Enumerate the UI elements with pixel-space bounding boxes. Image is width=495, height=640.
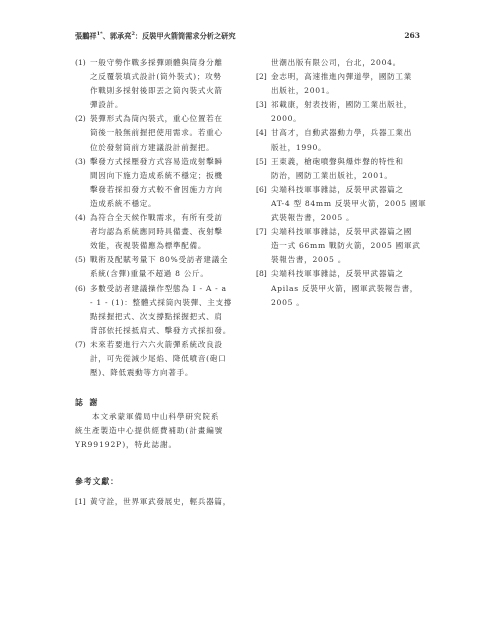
author-1: 張鵬祥 (75, 31, 97, 40)
text-line: 戰術及配賦考量下 80%受訪者建議全 (90, 253, 245, 267)
text-line: 壓)、降低震動等方向著手。 (90, 366, 245, 380)
reference-8: [8] 尖端科技軍事雜誌，反裝甲武器篇之 Apilas 反裝甲火箭，國軍武裝報告… (256, 267, 426, 309)
text-line: 尖端科技軍事雜誌，反裝甲武器篇之 (271, 183, 426, 197)
conclusion-item-7: (7) 未來若要進行六六火箭彈系統改良設 計，可先從減少尾焰、降低噴音(砲口 壓… (75, 338, 245, 380)
text-line: 防治，國防工業出版社，2001。 (271, 169, 426, 183)
text-line: 未來若要進行六六火箭彈系統改良設 (90, 338, 245, 352)
text-line: 計，可先從減少尾焰、降低噴音(砲口 (90, 352, 245, 366)
text-line: 造一式 66mm 戰防火箭，2005 國軍武 (271, 239, 426, 253)
text-line: 造成系統不穩定。 (90, 197, 245, 211)
text-line: 為符合全天候作戰需求，有所有受訪 (90, 211, 245, 225)
reference-number: [6] (256, 183, 267, 197)
text-line: 出版社，2001。 (271, 84, 426, 98)
text-line: 筒後一般無前握把使用需求。若重心 (90, 126, 245, 140)
reference-number: [2] (256, 70, 267, 84)
text-line: 裝報告書，2005 。 (271, 253, 426, 267)
text-line: 尖端科技軍事雜誌，反裝甲武器篇之國 (271, 225, 426, 239)
text-line: 王東義，槍砲噴聲與爆炸聲的特性和 (271, 155, 426, 169)
text-line: 背部依托採抵肩式、擊發方式採扣發。 (90, 324, 245, 338)
item-number: (4) (75, 211, 86, 225)
text-line: 版社，1990。 (271, 141, 426, 155)
text-line: - 1 - (1)：整體式採筒內裝彈、主支撐 (90, 296, 245, 310)
text-line: Apilas 反裝甲火箭，國軍武裝報告書， (271, 282, 426, 296)
running-title: 張鵬祥1*、郭承亮2：反裝甲火箭筒需求分析之研究 (75, 31, 236, 41)
reference-6: [6] 尖端科技軍事雜誌，反裝甲武器篇之 AT-4 型 84mm 反裝甲火箭，2… (256, 183, 426, 225)
item-number: (7) (75, 338, 86, 352)
item-number: (3) (75, 155, 86, 169)
reference-4: [4] 甘高才，自動武器動力學，兵器工業出 版社，1990。 (256, 126, 426, 154)
text-line: 黃守詮，世界軍武發展史，輕兵器篇， (90, 495, 245, 509)
reference-number: [3] (256, 98, 267, 112)
text-line: 作戰則多採射後即丟之筒內裝式火箭 (90, 84, 245, 98)
reference-number: [4] (256, 126, 267, 140)
text-line: 尖端科技軍事雜誌，反裝甲武器篇之 (271, 267, 426, 281)
conclusion-item-2: (2) 裝彈形式為筒內裝式，重心位置若在 筒後一般無前握把使用需求。若重心 位於… (75, 112, 245, 154)
text-line: 金志明，高速推進內彈道學，國防工業 (271, 70, 426, 84)
text-line: 2005 。 (271, 296, 426, 310)
reference-number: [1] (75, 495, 86, 509)
conclusion-item-3: (3) 擊發方式採壓發方式容易造成射擊瞬 間因向下施力造成系統不穩定；扳機 擊發… (75, 155, 245, 211)
author-2: 、郭承亮 (103, 31, 132, 40)
reference-5: [5] 王東義，槍砲噴聲與爆炸聲的特性和 防治，國防工業出版社，2001。 (256, 155, 426, 183)
left-column: (1) 一般守勢作戰多採彈頭體與筒身分離 之反覆裝填式設計(筒外裝式)；攻勢 作… (75, 56, 245, 509)
item-number: (1) (75, 56, 86, 70)
text-line: 世潮出版有限公司，台北，2004。 (271, 56, 426, 70)
text-line: 2000。 (271, 112, 426, 126)
text-line: 多數受訪者建議操作型態為 I - A - a (90, 282, 245, 296)
text-line: 統生產製造中心提供經費補助(計畫編號 (75, 424, 245, 438)
text-line: 者均認為系統應同時具備晝、夜射擊 (90, 225, 245, 239)
reference-7: [7] 尖端科技軍事雜誌，反裝甲武器篇之國 造一式 66mm 戰防火箭，2005… (256, 225, 426, 267)
text-line: YR99192P)，特此誌謝。 (75, 438, 245, 452)
reference-1-continuation: 世潮出版有限公司，台北，2004。 (256, 56, 426, 70)
text-line: 一般守勢作戰多採彈頭體與筒身分離 (90, 56, 245, 70)
text-line: 祁載康，射表技術，國防工業出版社， (271, 98, 426, 112)
text-line: 之反覆裝填式設計(筒外裝式)；攻勢 (90, 70, 245, 84)
conclusion-item-6: (6) 多數受訪者建議操作型態為 I - A - a - 1 - (1)：整體式… (75, 282, 245, 338)
text-line: 本文承蒙軍備局中山科學研究院系 (75, 410, 245, 424)
reference-number: [5] (256, 155, 267, 169)
item-number: (2) (75, 112, 86, 126)
text-line: 彈設計。 (90, 98, 245, 112)
text-line: 位於發射筒前方建議設計前握把。 (90, 141, 245, 155)
reference-2: [2] 金志明，高速推進內彈道學，國防工業 出版社，2001。 (256, 70, 426, 98)
page-header: 張鵬祥1*、郭承亮2：反裝甲火箭筒需求分析之研究 263 (75, 31, 420, 45)
acknowledgement-paragraph: 本文承蒙軍備局中山科學研究院系 統生產製造中心提供經費補助(計畫編號 YR991… (75, 410, 245, 452)
right-column: 世潮出版有限公司，台北，2004。 [2] 金志明，高速推進內彈道學，國防工業 … (256, 56, 426, 310)
text-line: 裝彈形式為筒內裝式，重心位置若在 (90, 112, 245, 126)
conclusion-item-5: (5) 戰術及配賦考量下 80%受訪者建議全 系統(含彈)重量不超過 8 公斤。 (75, 253, 245, 281)
conclusion-item-4: (4) 為符合全天候作戰需求，有所有受訪 者均認為系統應同時具備晝、夜射擊 效能… (75, 211, 245, 253)
text-line: AT-4 型 84mm 反裝甲火箭，2005 國軍 (271, 197, 426, 211)
conclusion-item-1: (1) 一般守勢作戰多採彈頭體與筒身分離 之反覆裝填式設計(筒外裝式)；攻勢 作… (75, 56, 245, 112)
text-line: 系統(含彈)重量不超過 8 公斤。 (90, 267, 245, 281)
references-heading: 參考文獻： (75, 475, 245, 489)
acknowledgement-heading: 誌 謝 (75, 396, 245, 410)
item-number: (5) (75, 253, 86, 267)
paper-title: ：反裝甲火箭筒需求分析之研究 (135, 31, 236, 40)
text-line: 效能，夜視裝備應為標準配備。 (90, 239, 245, 253)
text-line: 甘高才，自動武器動力學，兵器工業出 (271, 126, 426, 140)
text-line: 擊發若採扣發方式較不會因施力方向 (90, 183, 245, 197)
text-line: 武裝報告書，2005 。 (271, 211, 426, 225)
text-line: 間因向下施力造成系統不穩定；扳機 (90, 169, 245, 183)
reference-3: [3] 祁載康，射表技術，國防工業出版社， 2000。 (256, 98, 426, 126)
page-number: 263 (404, 31, 420, 40)
text-line: 點採握把式、次支撐點採握把式、肩 (90, 310, 245, 324)
reference-1: [1] 黃守詮，世界軍武發展史，輕兵器篇， (75, 495, 245, 509)
item-number: (6) (75, 282, 86, 296)
reference-number: [8] (256, 267, 267, 281)
reference-number: [7] (256, 225, 267, 239)
text-line: 擊發方式採壓發方式容易造成射擊瞬 (90, 155, 245, 169)
